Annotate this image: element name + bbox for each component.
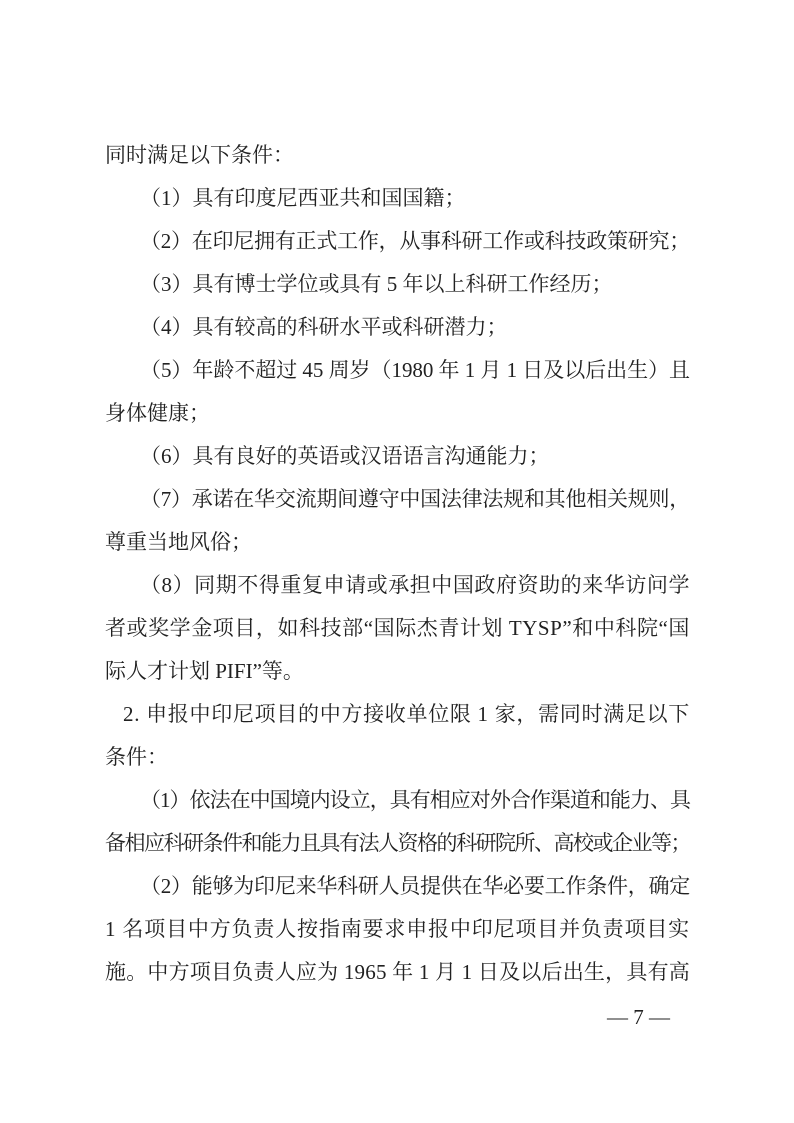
text-line: （2）在印尼拥有正式工作，从事科研工作或科技政策研究； <box>105 220 690 263</box>
text-line: （7）承诺在华交流期间遵守中国法律法规和其他相关规则， <box>105 478 690 521</box>
text-line: （1）依法在中国境内设立，具有相应对外合作渠道和能力、具 <box>105 779 690 822</box>
text-line: 2. 申报中印尼项目的中方接收单位限 1 家，需同时满足以下 <box>105 693 690 736</box>
text-line: 同时满足以下条件： <box>105 134 690 177</box>
text-line: 尊重当地风俗； <box>105 521 690 564</box>
text-line: （1）具有印度尼西亚共和国国籍； <box>105 177 690 220</box>
text-line: （5）年龄不超过 45 周岁（1980 年 1 月 1 日及以后出生）且 <box>105 349 690 392</box>
text-line: （4）具有较高的科研水平或科研潜力； <box>105 306 690 349</box>
text-line: （6）具有良好的英语或汉语语言沟通能力； <box>105 435 690 478</box>
text-line: （2）能够为印尼来华科研人员提供在华必要工作条件，确定 <box>105 865 690 908</box>
text-line: 施。中方项目负责人应为 1965 年 1 月 1 日及以后出生，具有高 <box>105 951 690 994</box>
text-line: （3）具有博士学位或具有 5 年以上科研工作经历； <box>105 263 690 306</box>
text-line: 1 名项目中方负责人按指南要求申报中印尼项目并负责项目实 <box>105 908 690 951</box>
text-line: 条件： <box>105 736 690 779</box>
page-content: 同时满足以下条件： （1）具有印度尼西亚共和国国籍； （2）在印尼拥有正式工作，… <box>105 134 690 994</box>
page-number: — 7 — <box>105 1002 690 1032</box>
text-line: （8）同期不得重复申请或承担中国政府资助的来华访问学 <box>105 564 690 607</box>
document-page: 同时满足以下条件： （1）具有印度尼西亚共和国国籍； （2）在印尼拥有正式工作，… <box>0 0 794 1123</box>
text-line: 际人才计划 PIFI”等。 <box>105 650 690 693</box>
text-line: 备相应科研条件和能力且具有法人资格的科研院所、高校或企业等； <box>105 822 690 865</box>
text-line: 者或奖学金项目，如科技部“国际杰青计划 TYSP”和中科院“国 <box>105 607 690 650</box>
text-line: 身体健康； <box>105 392 690 435</box>
